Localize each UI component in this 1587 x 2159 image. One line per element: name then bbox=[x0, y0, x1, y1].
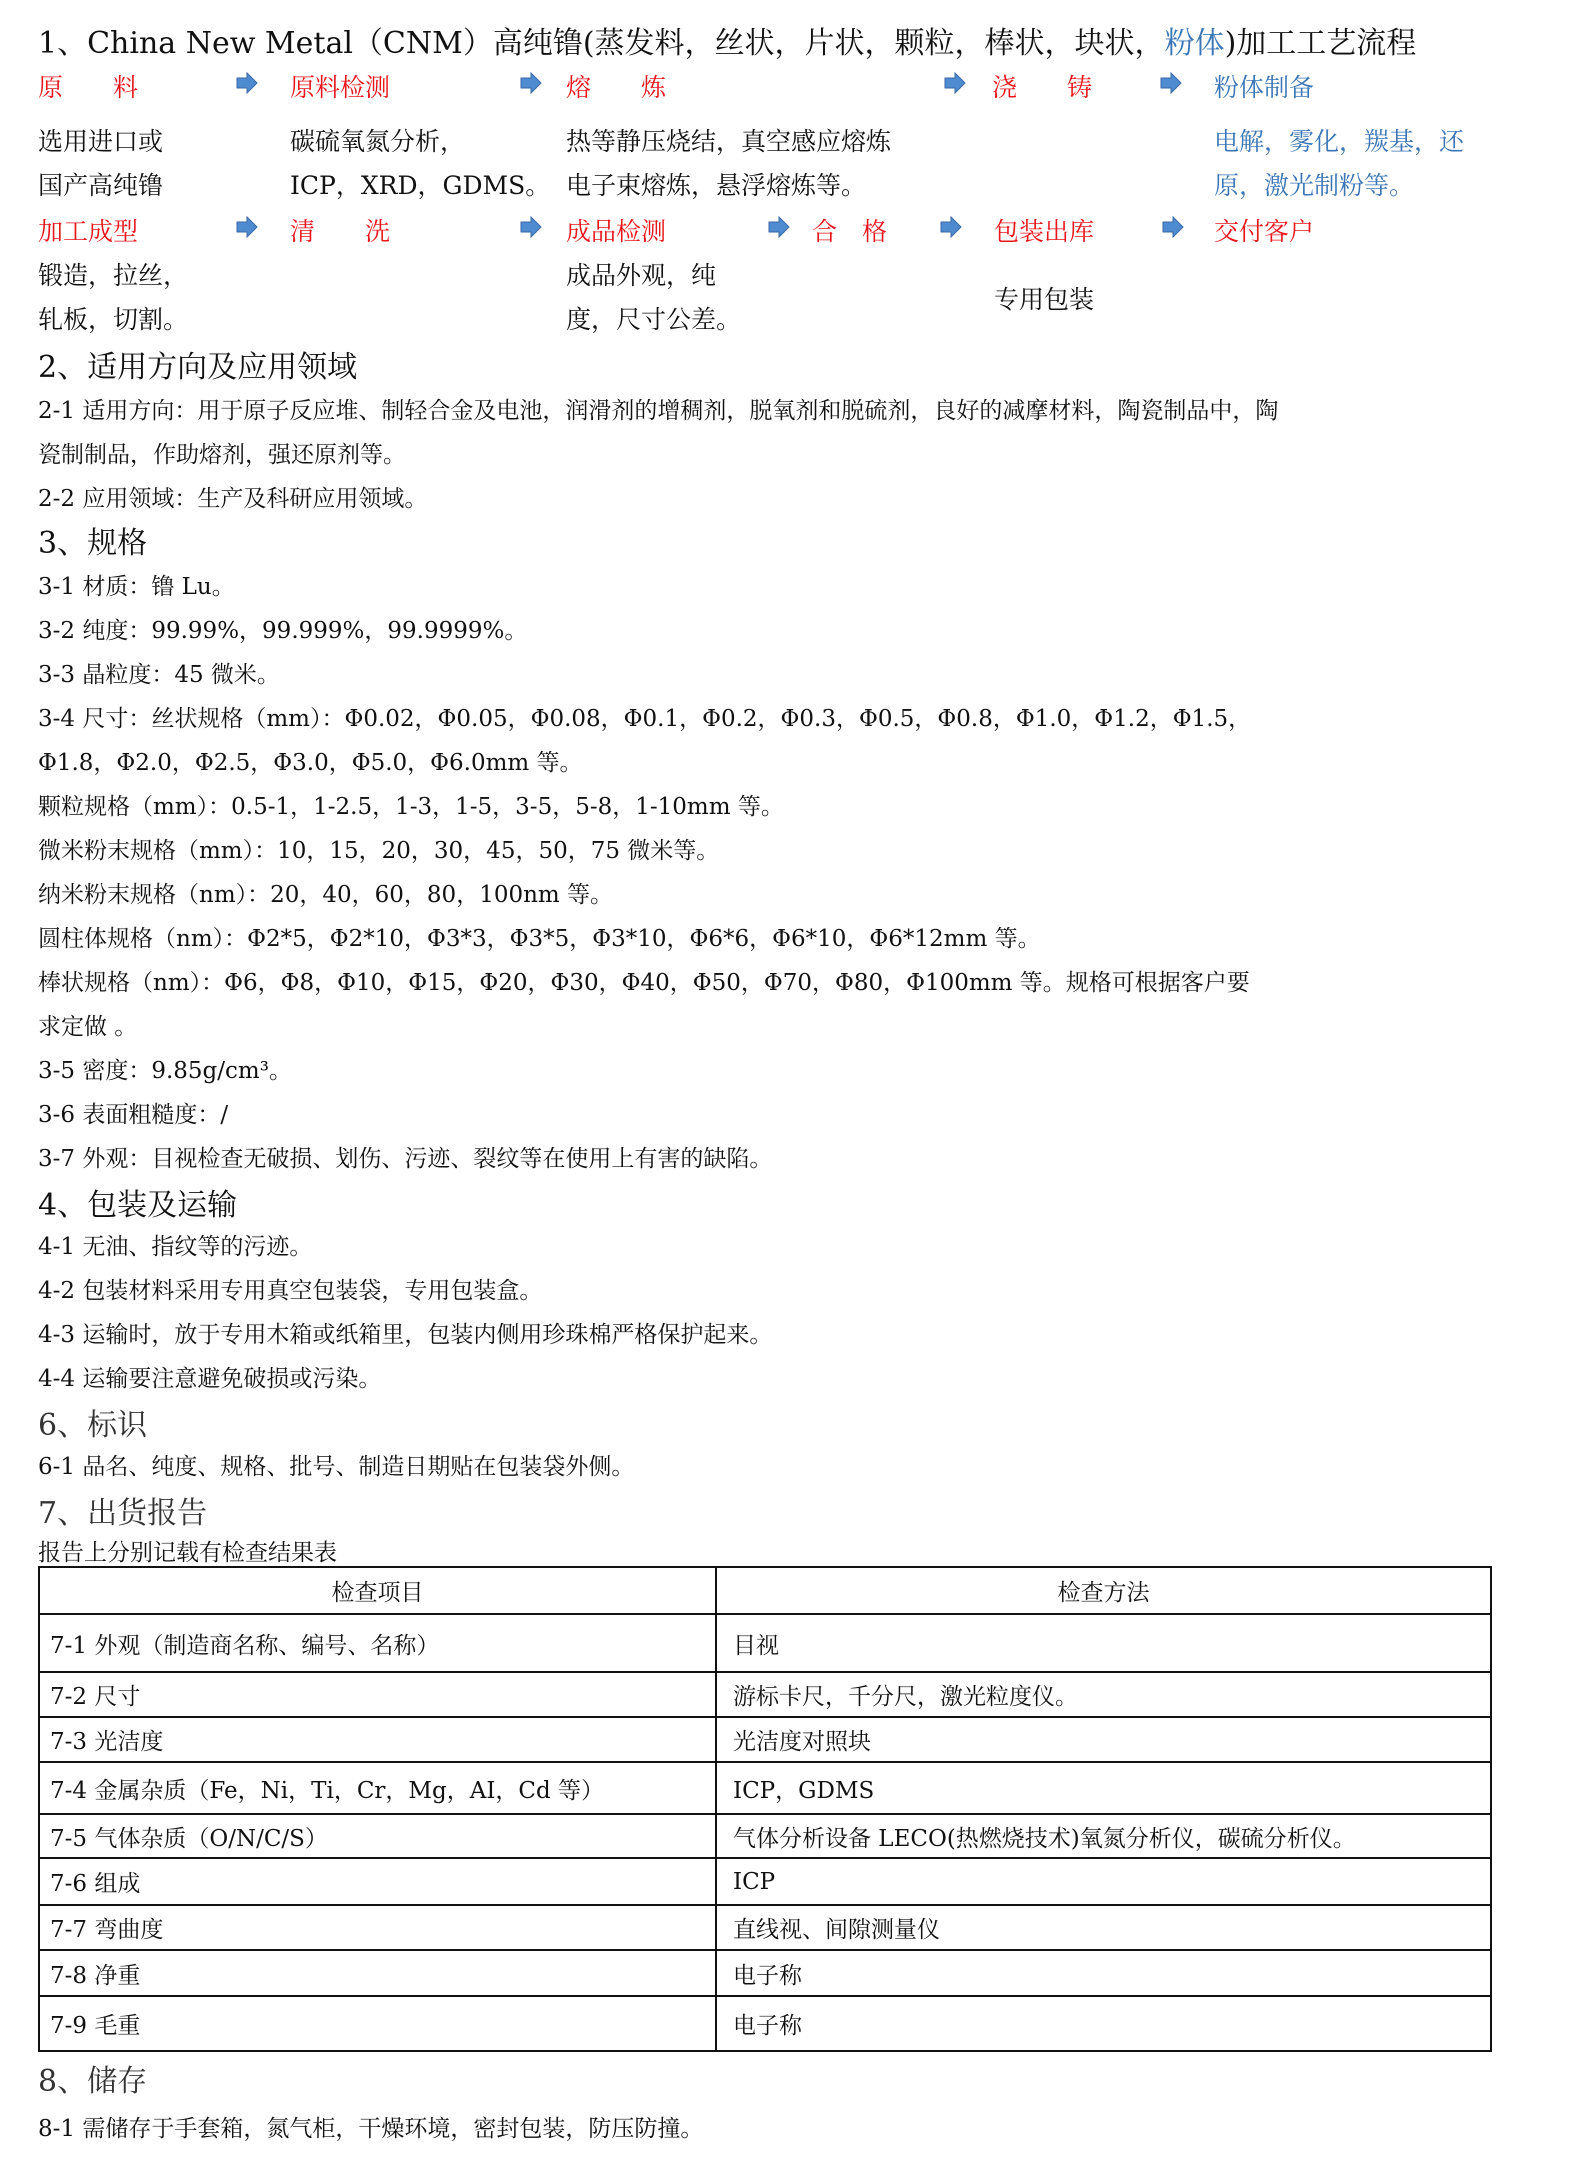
cell-item: 7-5 气体杂质（O/N/C/S） bbox=[39, 1814, 716, 1858]
paragraph-line: 4-1 无油、指纹等的污迹。 bbox=[38, 1228, 312, 1261]
paragraph-line: Φ1.8，Φ2.0，Φ2.5，Φ3.0，Φ5.0，Φ6.0mm 等。 bbox=[38, 744, 583, 777]
cell-item: 7-7 弯曲度 bbox=[39, 1905, 716, 1950]
cell-method: 电子称 bbox=[716, 1996, 1491, 2051]
cell-item: 7-4 金属杂质（Fe，Ni，Ti，Cr，Mg，AI，Cd 等） bbox=[39, 1762, 716, 1814]
cell-method: 游标卡尺，千分尺，激光粒度仪。 bbox=[716, 1672, 1491, 1717]
flow-desc: 轧板，切割。 bbox=[38, 300, 188, 336]
cell-method: 直线视、间隙测量仪 bbox=[716, 1905, 1491, 1950]
flow-desc: 成品外观，纯 bbox=[566, 256, 716, 292]
section-heading: 2、适用方向及应用领域 bbox=[38, 342, 357, 386]
paragraph-line: 颗粒规格（mm）：0.5-1，1-2.5，1-3，1-5，3-5，5-8，1-1… bbox=[38, 788, 784, 821]
flow-step-material-inspection: 原料检测 bbox=[290, 68, 390, 104]
flow-step-qualified: 合 格 bbox=[812, 212, 887, 248]
table-row: 7-8 净重 电子称 bbox=[39, 1950, 1491, 1996]
cell-method: 气体分析设备 LECO(热燃烧技术)氧氮分析仪，碳硫分析仪。 bbox=[716, 1814, 1491, 1858]
title-highlight: 粉体 bbox=[1165, 26, 1225, 61]
document-title: 1、China New Metal（CNM）高纯镥(蒸发料，丝状，片状，颗粒，棒… bbox=[38, 18, 1416, 62]
table-row: 7-5 气体杂质（O/N/C/S） 气体分析设备 LECO(热燃烧技术)氧氮分析… bbox=[39, 1814, 1491, 1858]
paragraph-line: 3-6 表面粗糙度：/ bbox=[38, 1096, 228, 1129]
flow-desc: 专用包装 bbox=[994, 280, 1094, 316]
section-heading: 8、储存 bbox=[38, 2056, 147, 2100]
cell-method: 目视 bbox=[716, 1614, 1491, 1672]
table-row: 7-4 金属杂质（Fe，Ni，Ti，Cr，Mg，AI，Cd 等） ICP，GDM… bbox=[39, 1762, 1491, 1814]
section-heading: 3、规格 bbox=[38, 518, 147, 562]
flow-step-product-inspection: 成品检测 bbox=[566, 212, 666, 248]
section-heading: 4、包装及运输 bbox=[38, 1180, 237, 1224]
paragraph-line: 4-2 包装材料采用专用真空包装袋，专用包装盒。 bbox=[38, 1272, 542, 1305]
cell-item: 7-2 尺寸 bbox=[39, 1672, 716, 1717]
paragraph-line: 3-7 外观：目视检查无破损、划伤、污迹、裂纹等在使用上有害的缺陷。 bbox=[38, 1140, 772, 1173]
flow-desc: 原，激光制粉等。 bbox=[1214, 166, 1414, 202]
right-arrow-icon bbox=[1160, 72, 1182, 94]
cell-item: 7-8 净重 bbox=[39, 1950, 716, 1996]
paragraph-line: 微米粉末规格（mm）：10，15，20，30，45，50，75 微米等。 bbox=[38, 832, 719, 865]
table-row: 7-7 弯曲度 直线视、间隙测量仪 bbox=[39, 1905, 1491, 1950]
paragraph-line: 3-5 密度：9.85g/cm³。 bbox=[38, 1052, 292, 1085]
right-arrow-icon bbox=[768, 216, 790, 238]
flow-desc: 电子束熔炼，悬浮熔炼等。 bbox=[566, 166, 866, 202]
paragraph-line: 3-2 纯度：99.99%，99.999%，99.9999%。 bbox=[38, 612, 527, 645]
right-arrow-icon bbox=[520, 216, 542, 238]
flow-desc: ICP，XRD，GDMS。 bbox=[290, 166, 550, 202]
flow-step-delivery: 交付客户 bbox=[1214, 212, 1314, 248]
table-row: 7-3 光洁度 光洁度对照块 bbox=[39, 1717, 1491, 1762]
flow-desc: 度，尺寸公差。 bbox=[566, 300, 741, 336]
flow-step-raw-material: 原 料 bbox=[38, 68, 138, 104]
flow-desc: 选用进口或 bbox=[38, 122, 163, 158]
section-heading: 6、标识 bbox=[38, 1400, 147, 1444]
paragraph-line: 4-4 运输要注意避免破损或污染。 bbox=[38, 1360, 381, 1393]
flow-desc: 国产高纯镥 bbox=[38, 166, 163, 202]
paragraph-line: 4-3 运输时，放于专用木箱或纸箱里，包装内侧用珍珠棉严格保护起来。 bbox=[38, 1316, 772, 1349]
right-arrow-icon bbox=[1162, 216, 1184, 238]
paragraph-line: 3-4 尺寸：丝状规格（mm）：Φ0.02，Φ0.05，Φ0.08，Φ0.1，Φ… bbox=[38, 700, 1251, 733]
table-row: 7-6 组成 ICP bbox=[39, 1858, 1491, 1905]
paragraph-line: 6-1 品名、纯度、规格、批号、制造日期贴在包装袋外侧。 bbox=[38, 1448, 634, 1481]
flow-desc: 锻造，拉丝， bbox=[38, 256, 188, 292]
cell-item: 7-1 外观（制造商名称、编号、名称） bbox=[39, 1614, 716, 1672]
right-arrow-icon bbox=[944, 72, 966, 94]
flow-step-powder-preparation: 粉体制备 bbox=[1214, 68, 1314, 104]
cell-method: ICP bbox=[716, 1858, 1491, 1905]
column-header-item: 检查项目 bbox=[39, 1567, 716, 1614]
column-header-method: 检查方法 bbox=[716, 1567, 1491, 1614]
paragraph-line: 瓷制制品，作助熔剂，强还原剂等。 bbox=[38, 436, 406, 469]
cell-item: 7-3 光洁度 bbox=[39, 1717, 716, 1762]
flow-desc: 电解，雾化，羰基，还 bbox=[1214, 122, 1464, 158]
paragraph-line: 2-1 适用方向：用于原子反应堆、制轻合金及电池，润滑剂的增稠剂，脱氧剂和脱硫剂… bbox=[38, 392, 1278, 425]
paragraph-line: 纳米粉末规格（nm）：20，40，60，80，100nm 等。 bbox=[38, 876, 613, 909]
section-heading: 7、出货报告 bbox=[38, 1488, 207, 1532]
right-arrow-icon bbox=[236, 216, 258, 238]
flow-desc: 碳硫氧氮分析， bbox=[290, 122, 465, 158]
paragraph-line: 棒状规格（nm）：Φ6，Φ8，Φ10，Φ15，Φ20，Φ30，Φ40，Φ50，Φ… bbox=[38, 964, 1250, 997]
cell-method: 光洁度对照块 bbox=[716, 1717, 1491, 1762]
paragraph-line: 求定做 。 bbox=[38, 1008, 137, 1041]
paragraph-line: 3-3 晶粒度：45 微米。 bbox=[38, 656, 280, 689]
flow-desc: 热等静压烧结，真空感应熔炼 bbox=[566, 122, 891, 158]
paragraph-line: 2-2 应用领域：生产及科研应用领域。 bbox=[38, 480, 427, 513]
cell-item: 7-6 组成 bbox=[39, 1858, 716, 1905]
right-arrow-icon bbox=[520, 72, 542, 94]
flow-step-forming: 加工成型 bbox=[38, 212, 138, 248]
paragraph-line: 圆柱体规格（nm）：Φ2*5，Φ2*10，Φ3*3，Φ3*5，Φ3*10，Φ6*… bbox=[38, 920, 1041, 953]
table-intro: 报告上分别记载有检查结果表 bbox=[38, 1534, 337, 1567]
flow-step-casting: 浇 铸 bbox=[992, 68, 1092, 104]
paragraph-line: 3-1 材质：镥 Lu。 bbox=[38, 568, 235, 601]
table-header-row: 检查项目 检查方法 bbox=[39, 1567, 1491, 1614]
right-arrow-icon bbox=[940, 216, 962, 238]
cell-item: 7-9 毛重 bbox=[39, 1996, 716, 2051]
flow-step-cleaning: 清 洗 bbox=[290, 212, 390, 248]
cell-method: ICP，GDMS bbox=[716, 1762, 1491, 1814]
flow-step-smelting: 熔 炼 bbox=[566, 68, 666, 104]
inspection-table: 检查项目 检查方法 7-1 外观（制造商名称、编号、名称） 目视 7-2 尺寸 … bbox=[38, 1566, 1492, 2052]
cell-method: 电子称 bbox=[716, 1950, 1491, 1996]
table-row: 7-2 尺寸 游标卡尺，千分尺，激光粒度仪。 bbox=[39, 1672, 1491, 1717]
flow-step-packing-outbound: 包装出库 bbox=[994, 212, 1094, 248]
table-row: 7-9 毛重 电子称 bbox=[39, 1996, 1491, 2051]
table-row: 7-1 外观（制造商名称、编号、名称） 目视 bbox=[39, 1614, 1491, 1672]
paragraph-line: 8-1 需储存于手套箱，氮气柜，干燥环境，密封包装，防压防撞。 bbox=[38, 2110, 703, 2143]
right-arrow-icon bbox=[236, 72, 258, 94]
